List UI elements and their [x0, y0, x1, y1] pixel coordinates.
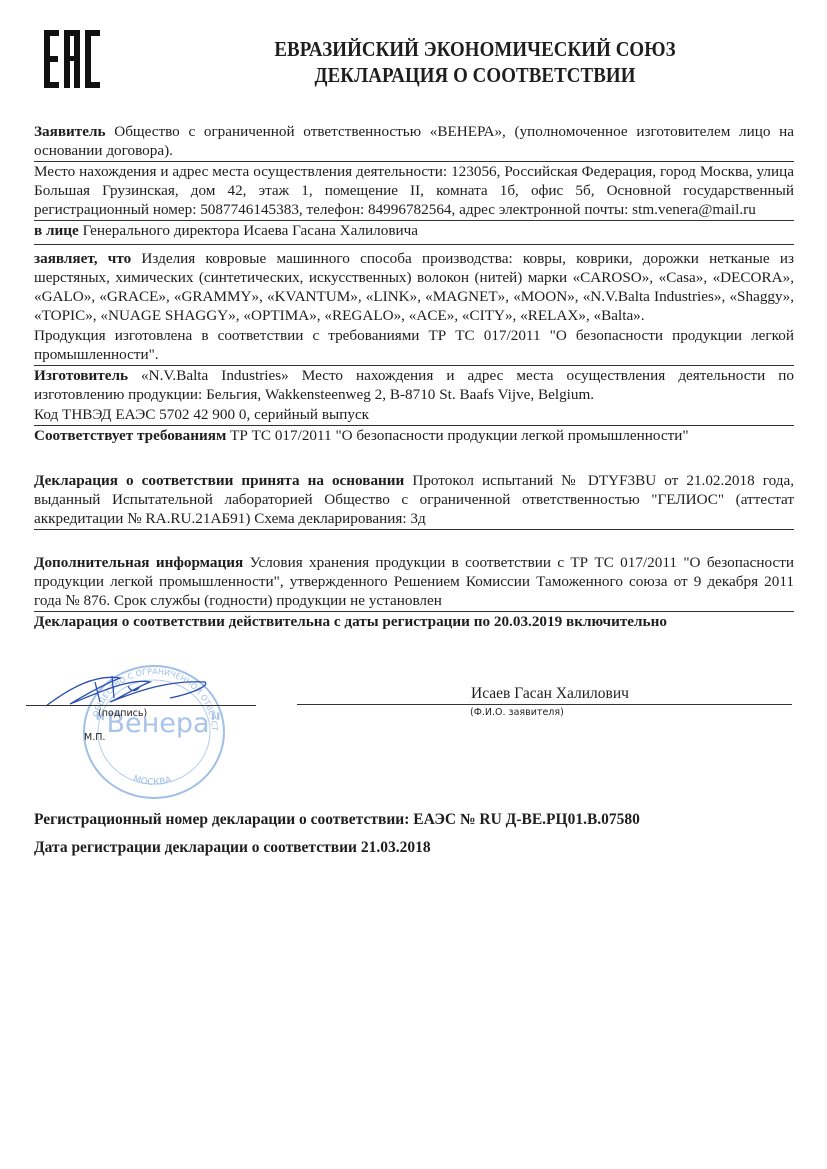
registration-block: Регистрационный номер декларации о соотв… — [34, 806, 794, 862]
address-section: Место нахождения и адрес места осуществл… — [34, 162, 794, 221]
representative-label: в лице — [34, 222, 79, 239]
declares-label: заявляет, что — [34, 250, 131, 267]
conforms-label: Соответствует требованиям — [34, 427, 226, 444]
registration-date: Дата регистрации декларации о соответств… — [34, 834, 794, 862]
manufacturer-text: «N.V.Balta Industries» Место нахождения … — [34, 367, 794, 403]
title-line-1: ЕВРАЗИЙСКИЙ ЭКОНОМИЧЕСКИЙ СОЮЗ — [183, 36, 768, 62]
applicant-label: Заявитель — [34, 123, 106, 140]
declares-section: заявляет, что Изделия ковровые машинного… — [34, 249, 794, 326]
applicant-text: Общество с ограниченной ответственностью… — [34, 123, 794, 159]
representative-section: в лице Генерального директора Исаева Гас… — [34, 221, 794, 245]
applicant-section: Заявитель Общество с ограниченной ответс… — [34, 122, 794, 162]
manufacturer-section: Изготовитель «N.V.Balta Industries» Мест… — [34, 366, 794, 405]
basis-label: Декларация о соответствии принята на осн… — [34, 472, 404, 489]
produced-text: Продукция изготовлена в соответствии с т… — [34, 327, 794, 363]
representative-text: Генерального директора Исаева Гасана Хал… — [79, 222, 418, 239]
signature-caption: (подпись) — [98, 708, 147, 719]
declares-text: Изделия ковровые машинного способа произ… — [34, 250, 794, 324]
applicant-caption: (Ф.И.О. заявителя) — [470, 707, 564, 718]
stamp-caption: М.П. — [84, 732, 105, 743]
conforms-section: Соответствует требованиям ТР ТС 017/2011… — [34, 426, 794, 446]
conforms-text: ТР ТС 017/2011 "О безопасности продукции… — [226, 427, 688, 444]
applicant-name: Исаев Гасан Халилович — [420, 685, 680, 703]
produced-section: Продукция изготовлена в соответствии с т… — [34, 326, 794, 366]
validity-text: Декларация о соответствии действительна … — [34, 613, 667, 630]
registration-number: Регистрационный номер декларации о соотв… — [34, 806, 794, 834]
manufacturer-label: Изготовитель — [34, 367, 128, 384]
additional-label: Дополнительная информация — [34, 554, 243, 571]
code-text: Код ТНВЭД ЕАЭС 5702 42 900 0, серийный в… — [34, 406, 369, 423]
code-section: Код ТНВЭД ЕАЭС 5702 42 900 0, серийный в… — [34, 405, 794, 426]
additional-section: Дополнительная информация Условия хранен… — [34, 553, 794, 612]
signature-line — [26, 705, 256, 706]
validity-section: Декларация о соответствии действительна … — [34, 612, 794, 632]
basis-section: Декларация о соответствии принята на осн… — [34, 471, 794, 530]
svg-text:МОСКВА: МОСКВА — [132, 774, 174, 788]
declaration-body: Заявитель Общество с ограниченной ответс… — [34, 122, 794, 632]
address-text: Место нахождения и адрес места осуществл… — [34, 163, 794, 218]
title-line-2: ДЕКЛАРАЦИЯ О СООТВЕТСТВИИ — [183, 62, 768, 88]
signature-icon — [40, 668, 220, 710]
applicant-name-line — [297, 704, 792, 705]
document-title: ЕВРАЗИЙСКИЙ ЭКОНОМИЧЕСКИЙ СОЮЗ ДЕКЛАРАЦИ… — [183, 36, 768, 88]
eac-logo-icon — [44, 30, 100, 88]
